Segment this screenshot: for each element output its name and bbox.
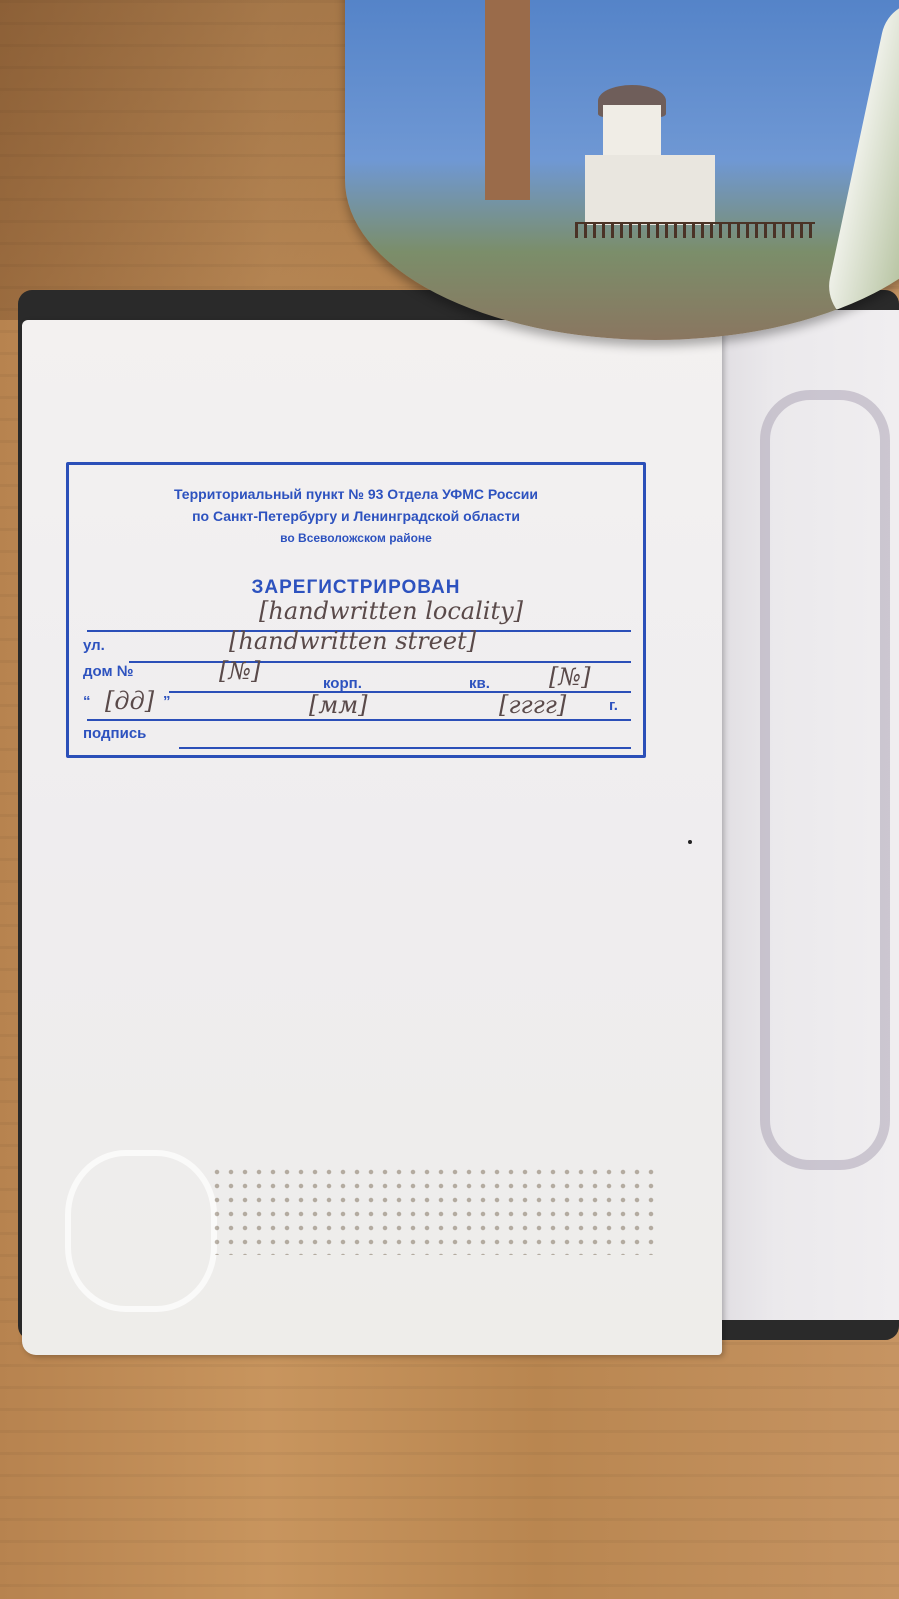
perforated-number: [210, 1165, 660, 1255]
fence: [575, 222, 815, 238]
label-house: дом №: [83, 663, 133, 680]
label-day-open: “: [83, 693, 91, 710]
label-year-suffix: г.: [609, 697, 618, 714]
registration-stamp: Территориальный пункт № 93 Отдела УФМС Р…: [66, 462, 646, 758]
label-building: корп.: [323, 675, 362, 692]
handwritten-apartment: [№]: [549, 663, 590, 691]
stamp-header: Территориальный пункт № 93 Отдела УФМС Р…: [69, 483, 643, 549]
handwritten-house: [№]: [219, 657, 260, 685]
mug-handle: [822, 0, 899, 336]
mug-pillar: [485, 0, 530, 200]
handwritten-month: [мм]: [309, 691, 368, 719]
label-street: ул.: [83, 637, 105, 654]
label-apartment: кв.: [469, 675, 490, 692]
stamp-header-line-1: Территориальный пункт № 93 Отдела УФМС Р…: [69, 483, 643, 505]
handwritten-street: [handwritten street]: [229, 627, 476, 655]
church-building: [585, 155, 715, 225]
handwritten-day: [дд]: [105, 687, 154, 715]
ink-dot: [688, 840, 692, 844]
stamp-title: ЗАРЕГИСТРИРОВАН: [69, 577, 643, 599]
label-day-close: ”: [163, 693, 171, 710]
handwritten-locality: [handwritten locality]: [259, 597, 523, 625]
ornament-pattern: [760, 390, 890, 1170]
souvenir-mug: [345, 0, 899, 340]
handwritten-year: [гггг]: [499, 691, 566, 719]
stamp-line-5: [179, 747, 631, 749]
stamp-line-4: [87, 719, 631, 721]
emblem-watermark: [65, 1150, 217, 1312]
stamp-header-line-3: во Всеволожском районе: [69, 527, 643, 549]
stamp-header-line-2: по Санкт-Петербургу и Ленинградской обла…: [69, 505, 643, 527]
label-signature: подпись: [83, 725, 146, 742]
